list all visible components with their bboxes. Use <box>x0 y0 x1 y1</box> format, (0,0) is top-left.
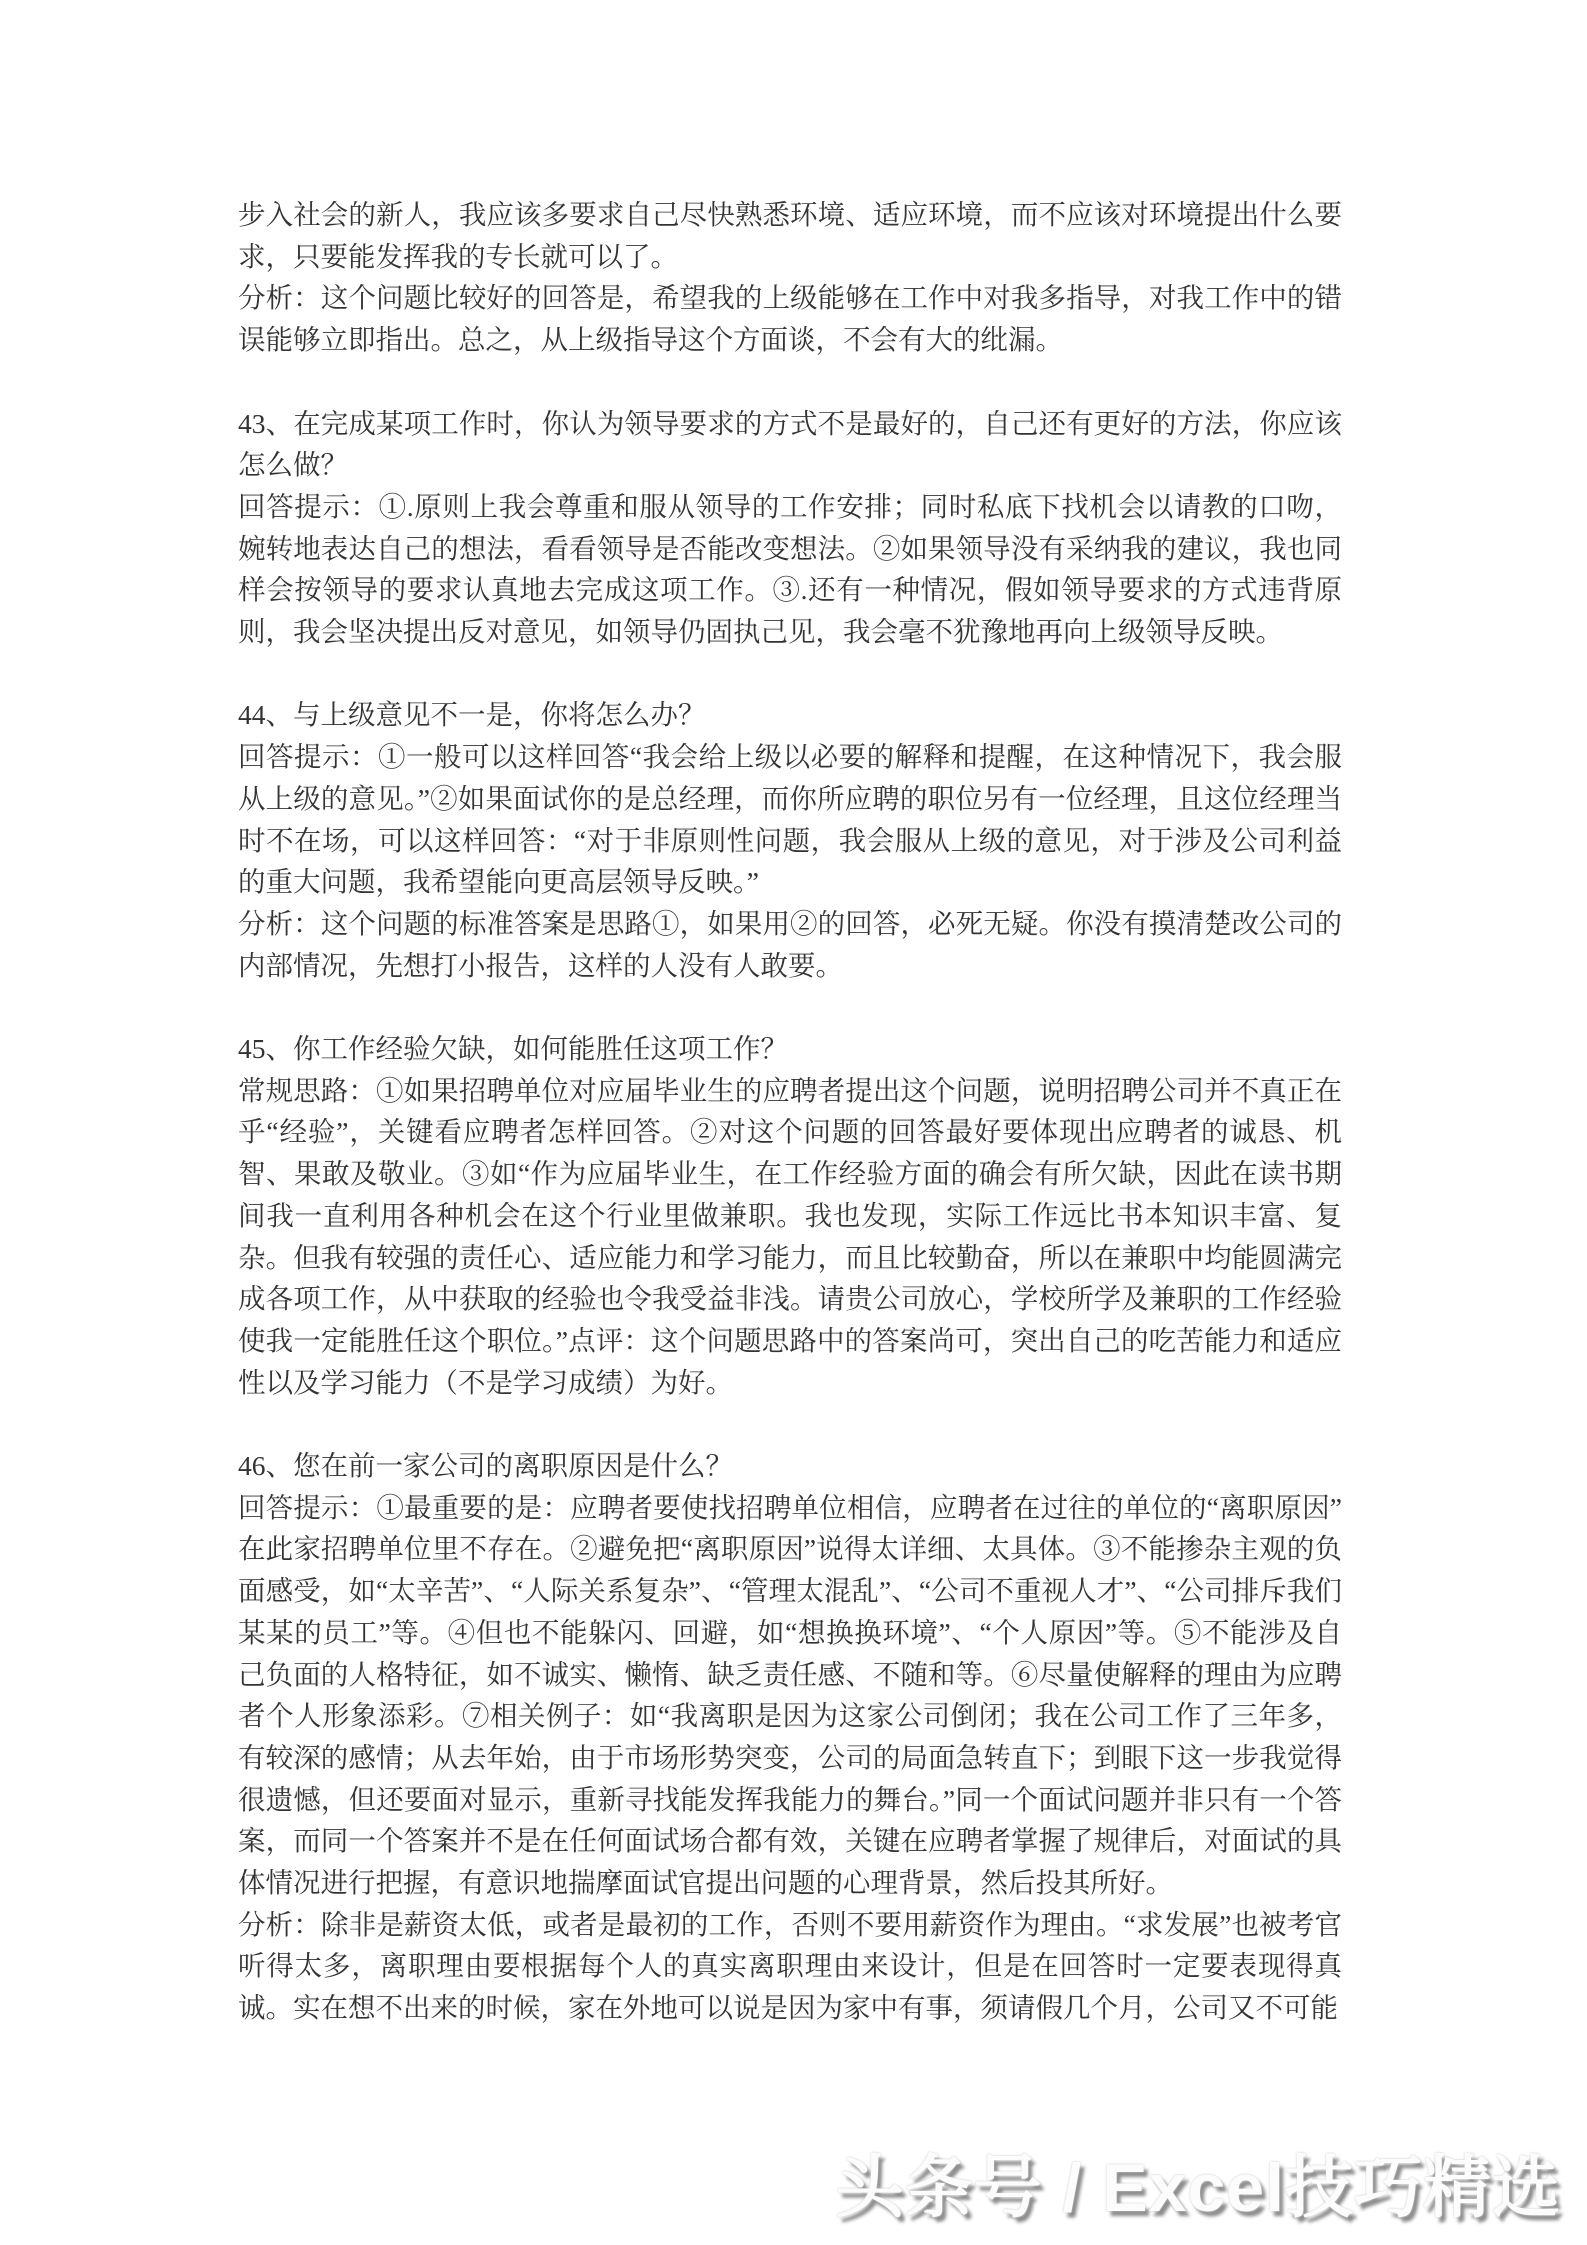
section-q43: 43、在完成某项工作时，你认为领导要求的方式不是最好的，自己还有更好的方法，你应… <box>238 403 1342 653</box>
section-q42-tail: 步入社会的新人，我应该多要求自己尽快熟悉环境、适应环境，而不应该对环境提出什么要… <box>238 194 1342 361</box>
section-q46: 46、您在前一家公司的离职原因是什么？回答提示：①最重要的是：应聘者要使找招聘单… <box>238 1445 1342 2029</box>
paragraph: 44、与上级意见不一是，你将怎么办？ <box>238 694 1342 736</box>
document-page: 步入社会的新人，我应该多要求自己尽快熟悉环境、适应环境，而不应该对环境提出什么要… <box>0 0 1587 2245</box>
paragraph: 分析：这个问题的标准答案是思路①，如果用②的回答，必死无疑。你没有摸清楚改公司的… <box>238 903 1342 986</box>
paragraph: 步入社会的新人，我应该多要求自己尽快熟悉环境、适应环境，而不应该对环境提出什么要… <box>238 194 1342 277</box>
toutiao-watermark: 头条号 / Excel技巧精选 <box>836 2134 1561 2231</box>
paragraph: 分析：这个问题比较好的回答是，希望我的上级能够在工作中对我多指导，对我工作中的错… <box>238 277 1342 360</box>
paragraph: 46、您在前一家公司的离职原因是什么？ <box>238 1445 1342 1487</box>
section-q44: 44、与上级意见不一是，你将怎么办？回答提示：①一般可以这样回答“我会给上级以必… <box>238 694 1342 986</box>
paragraph: 常规思路：①如果招聘单位对应届毕业生的应聘者提出这个问题，说明招聘公司并不真正在… <box>238 1070 1342 1404</box>
section-q45: 45、你工作经验欠缺，如何能胜任这项工作？常规思路：①如果招聘单位对应届毕业生的… <box>238 1028 1342 1403</box>
paragraph: 45、你工作经验欠缺，如何能胜任这项工作？ <box>238 1028 1342 1070</box>
paragraph: 分析：除非是薪资太低，或者是最初的工作，否则不要用薪资作为理由。“求发展”也被考… <box>238 1904 1342 2029</box>
paragraph: 43、在完成某项工作时，你认为领导要求的方式不是最好的，自己还有更好的方法，你应… <box>238 403 1342 486</box>
document-text-block: 步入社会的新人，我应该多要求自己尽快熟悉环境、适应环境，而不应该对环境提出什么要… <box>238 194 1342 2029</box>
paragraph: 回答提示：①.原则上我会尊重和服从领导的工作安排；同时私底下找机会以请教的口吻，… <box>238 486 1342 653</box>
paragraph: 回答提示：①一般可以这样回答“我会给上级以必要的解释和提醒，在这种情况下，我会服… <box>238 736 1342 903</box>
paragraph: 回答提示：①最重要的是：应聘者要使找招聘单位相信，应聘者在过往的单位的“离职原因… <box>238 1487 1342 1904</box>
